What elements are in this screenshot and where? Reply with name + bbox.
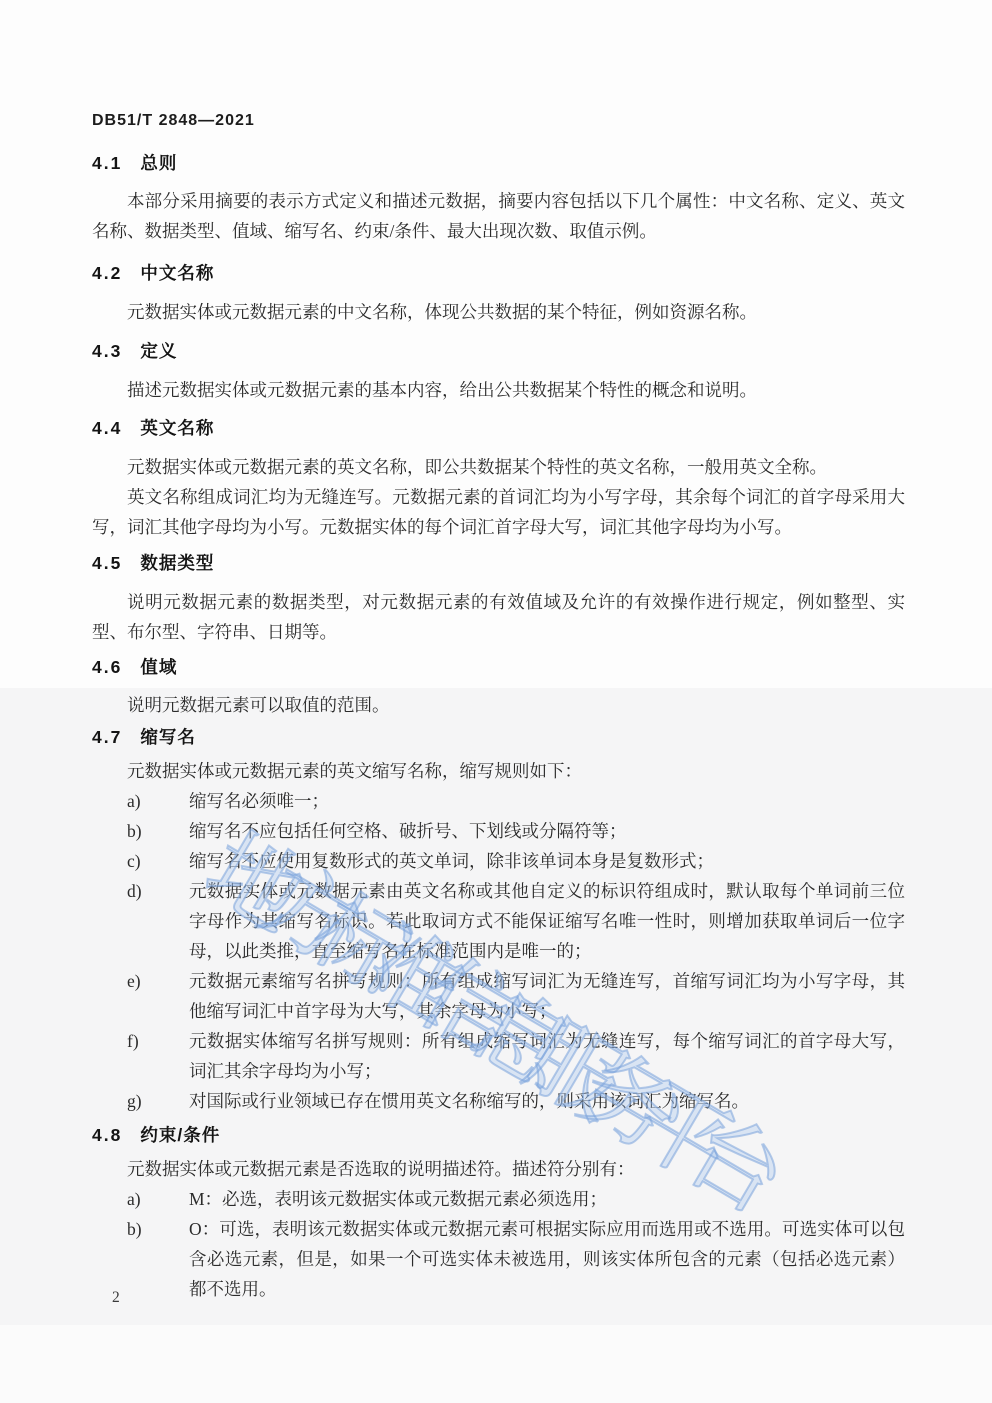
- list-item: a) 缩写名必须唯一；: [92, 786, 905, 816]
- section-heading-4-7: 4.7 缩写名: [92, 726, 905, 748]
- list-item: b) O：可选，表明该元数据实体或元数据元素可根据实际应用而选用或不选用。可选实…: [92, 1214, 905, 1304]
- section-intro: 元数据实体或元数据元素的英文缩写名称，缩写规则如下：: [92, 756, 905, 786]
- list-item-text: 缩写名必须唯一；: [189, 786, 905, 816]
- section-number: 4.8: [92, 1124, 122, 1146]
- list-item-label: a): [127, 1184, 189, 1214]
- page-number: 2: [112, 1288, 120, 1308]
- section-title: 定义: [140, 340, 177, 362]
- list-item-text: O：可选，表明该元数据实体或元数据元素可根据实际应用而选用或不选用。可选实体可以…: [189, 1214, 905, 1304]
- list-item-text: 元数据实体缩写名拼写规则：所有组成缩写词汇为无缝连写，每个缩写词汇的首字母大写，…: [189, 1026, 905, 1086]
- section-number: 4.3: [92, 340, 122, 362]
- section-title: 数据类型: [140, 552, 214, 574]
- section-paragraph: 说明元数据元素可以取值的范围。: [92, 690, 905, 720]
- page-content: DB51/T 2848—2021 4.1 总则 本部分采用摘要的表示方式定义和描…: [92, 0, 905, 1304]
- section-paragraph: 本部分采用摘要的表示方式定义和描述元数据，摘要内容包括以下几个属性：中文名称、定…: [92, 186, 905, 246]
- section-title: 总则: [140, 152, 177, 174]
- section-title: 中文名称: [140, 262, 214, 284]
- list-item-label: d): [127, 876, 189, 966]
- section-number: 4.4: [92, 417, 122, 439]
- section-paragraph: 元数据实体或元数据元素的中文名称，体现公共数据的某个特征，例如资源名称。: [92, 297, 905, 327]
- section-paragraph: 英文名称组成词汇均为无缝连写。元数据元素的首词汇均为小写字母，其余每个词汇的首字…: [92, 482, 905, 542]
- section-number: 4.5: [92, 552, 122, 574]
- list-item-label: c): [127, 846, 189, 876]
- list-item-text: M：必选，表明该元数据实体或元数据元素必须选用；: [189, 1184, 905, 1214]
- section-paragraph: 元数据实体或元数据元素的英文名称，即公共数据某个特性的英文名称，一般用英文全称。: [92, 452, 905, 482]
- section-number: 4.1: [92, 152, 122, 174]
- list-item-label: b): [127, 1214, 189, 1304]
- list-item-text: 元数据实体或元数据元素由英文名称或其他自定义的标识符组成时，默认取每个单词前三位…: [189, 876, 905, 966]
- section-heading-4-8: 4.8 约束/条件: [92, 1124, 905, 1146]
- section-number: 4.6: [92, 656, 122, 678]
- section-intro: 元数据实体或元数据元素是否选取的说明描述符。描述符分别有：: [92, 1154, 905, 1184]
- list-item: b) 缩写名不应包括任何空格、破折号、下划线或分隔符等；: [92, 816, 905, 846]
- section-title: 英文名称: [140, 417, 214, 439]
- list-item-text: 对国际或行业领域已存在惯用英文名称缩写的，则采用该词汇为缩写名。: [189, 1086, 905, 1116]
- section-heading-4-2: 4.2 中文名称: [92, 262, 905, 284]
- section-number: 4.7: [92, 726, 122, 748]
- section-heading-4-4: 4.4 英文名称: [92, 417, 905, 439]
- document-page: 地方标准信息服务平台 DB51/T 2848—2021 4.1 总则 本部分采用…: [0, 0, 992, 1403]
- list-item: a) M：必选，表明该元数据实体或元数据元素必须选用；: [92, 1184, 905, 1214]
- doc-number: DB51/T 2848—2021: [92, 110, 905, 132]
- section-heading-4-5: 4.5 数据类型: [92, 552, 905, 574]
- list-item: e) 元数据元素缩写名拼写规则：所有组成缩写词汇为无缝连写，首缩写词汇均为小写字…: [92, 966, 905, 1026]
- list-item: g) 对国际或行业领域已存在惯用英文名称缩写的，则采用该词汇为缩写名。: [92, 1086, 905, 1116]
- section-title: 约束/条件: [140, 1124, 220, 1146]
- section-title: 缩写名: [140, 726, 196, 748]
- list-item-text: 缩写名不应包括任何空格、破折号、下划线或分隔符等；: [189, 816, 905, 846]
- list-item-label: a): [127, 786, 189, 816]
- list-item-label: f): [127, 1026, 189, 1086]
- section-title: 值域: [140, 656, 177, 678]
- list-item-label: b): [127, 816, 189, 846]
- list-item: d) 元数据实体或元数据元素由英文名称或其他自定义的标识符组成时，默认取每个单词…: [92, 876, 905, 966]
- section-paragraph: 说明元数据元素的数据类型，对元数据元素的有效值域及允许的有效操作进行规定，例如整…: [92, 587, 905, 647]
- list-item-text: 缩写名不应使用复数形式的英文单词，除非该单词本身是复数形式；: [189, 846, 905, 876]
- list-item: c) 缩写名不应使用复数形式的英文单词，除非该单词本身是复数形式；: [92, 846, 905, 876]
- list-item-label: g): [127, 1086, 189, 1116]
- section-heading-4-3: 4.3 定义: [92, 340, 905, 362]
- list-item-label: e): [127, 966, 189, 1026]
- list-item-text: 元数据元素缩写名拼写规则：所有组成缩写词汇为无缝连写，首缩写词汇均为小写字母，其…: [189, 966, 905, 1026]
- section-number: 4.2: [92, 262, 122, 284]
- scan-background-bottom: [0, 1325, 992, 1403]
- section-heading-4-6: 4.6 值域: [92, 656, 905, 678]
- section-paragraph: 描述元数据实体或元数据元素的基本内容，给出公共数据某个特性的概念和说明。: [92, 375, 905, 405]
- list-item: f) 元数据实体缩写名拼写规则：所有组成缩写词汇为无缝连写，每个缩写词汇的首字母…: [92, 1026, 905, 1086]
- section-heading-4-1: 4.1 总则: [92, 152, 905, 174]
